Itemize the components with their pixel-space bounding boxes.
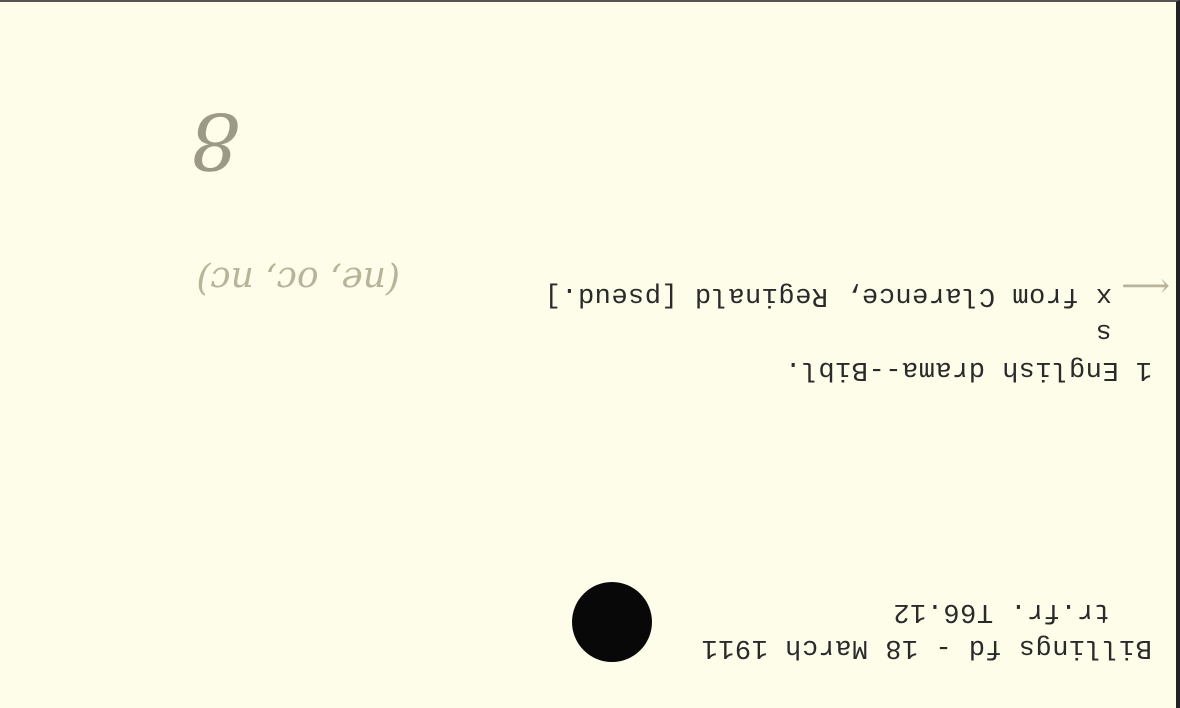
handwritten-parenthetical: (ne, oc, nc) bbox=[196, 259, 400, 300]
see-from-reference: x from Clarence, Reginald [pseud.] bbox=[544, 281, 1112, 308]
handwritten-number: 8 bbox=[190, 95, 240, 185]
subject-tracing: 1 English drama--Bibl. bbox=[785, 355, 1152, 382]
heading-line-1: Billings fd - 18 March 1911 bbox=[701, 633, 1152, 660]
catalog-card: Billings fd - 18 March 1911 tr.fr. T66.1… bbox=[0, 0, 1180, 708]
punch-hole bbox=[572, 582, 652, 662]
heading-line-2: tr.fr. T66.12 bbox=[893, 597, 1110, 624]
card-content-rotated: Billings fd - 18 March 1911 tr.fr. T66.1… bbox=[0, 2, 1180, 708]
handwritten-arrow: ⟵ bbox=[1121, 266, 1170, 306]
s-marker: s bbox=[1095, 317, 1112, 344]
